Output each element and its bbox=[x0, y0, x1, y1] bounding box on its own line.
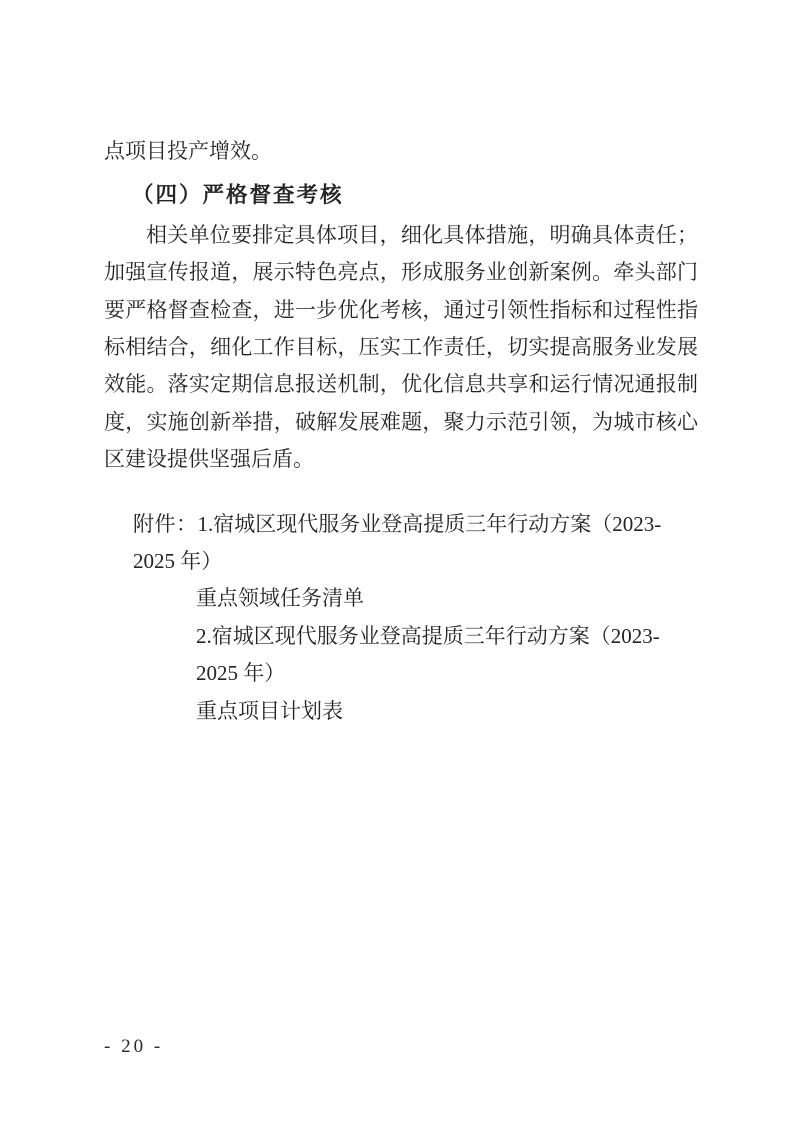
attachment-1-title: 宿城区现代服务业登高提质三年行动方案（2023-2025 年） bbox=[133, 512, 661, 573]
attachment-2-title: 宿城区现代服务业登高提质三年行动方案（2023-2025 年） bbox=[196, 624, 660, 685]
document-page: 点项目投产增效。 （四）严格督查考核 相关单位要排定具体项目，细化具体措施，明确… bbox=[0, 0, 793, 1122]
paragraph-line: 相关单位要排定具体项目，细化具体措施，明确具体责任； bbox=[104, 217, 698, 254]
paragraph-line: 效能。落实定期信息报送机制，优化信息共享和运行情况通报制 bbox=[104, 366, 698, 403]
page-number: - 20 - bbox=[104, 1036, 163, 1058]
document-body: 点项目投产增效。 （四）严格督查考核 相关单位要排定具体项目，细化具体措施，明确… bbox=[104, 133, 698, 730]
attachment-2-subtitle: 重点项目计划表 bbox=[133, 693, 698, 730]
attachment-item-1-title-line: 附件：1.宿城区现代服务业登高提质三年行动方案（2023-2025 年） bbox=[133, 506, 698, 581]
section-heading: （四）严格督查考核 bbox=[132, 177, 698, 214]
paragraph-line: 加强宣传报道，展示特色亮点，形成服务业创新案例。牵头部门 bbox=[104, 254, 698, 291]
paragraph-line: 要严格督查检查，进一步优化考核，通过引领性指标和过程性指 bbox=[104, 292, 698, 329]
paragraph-line: 区建设提供坚强后盾。 bbox=[104, 441, 698, 478]
body-intro-line: 点项目投产增效。 bbox=[104, 133, 698, 170]
paragraph-line: 标相结合，细化工作目标，压实工作责任，切实提高服务业发展 bbox=[104, 329, 698, 366]
attachment-label: 附件： bbox=[133, 512, 198, 536]
attachment-2-number: 2. bbox=[196, 624, 212, 648]
paragraph-line: 度，实施创新举措，破解发展难题，聚力示范引领，为城市核心 bbox=[104, 404, 698, 441]
attachment-1-number: 1. bbox=[198, 512, 214, 536]
attachment-item-2-title-line: 2.宿城区现代服务业登高提质三年行动方案（2023-2025 年） bbox=[133, 618, 698, 693]
attachments-block: 附件：1.宿城区现代服务业登高提质三年行动方案（2023-2025 年） 重点领… bbox=[133, 506, 698, 730]
attachment-1-subtitle: 重点领域任务清单 bbox=[133, 580, 698, 617]
